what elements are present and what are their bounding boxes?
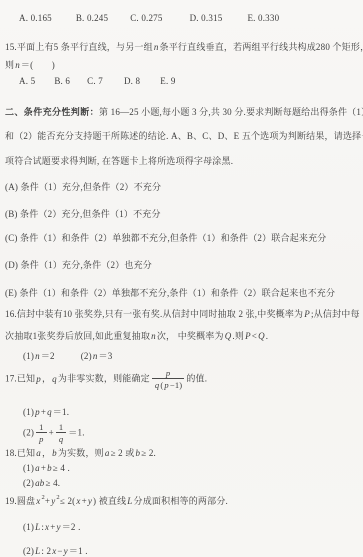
text-run: ≥ 4.	[46, 478, 61, 488]
spacing-gap	[222, 17, 247, 18]
math-variable: p	[165, 368, 171, 378]
text-run: ＝( )	[21, 60, 55, 70]
math-variable: q	[58, 434, 64, 444]
math-variable: p	[35, 374, 42, 384]
math-variable: b	[51, 448, 58, 458]
text-run: 的值.	[186, 374, 207, 384]
math-variable: a	[34, 463, 41, 473]
q17-condition2-line: (2)1p+1q＝1.	[23, 421, 358, 444]
text-run: 次， 中奖概率为	[157, 331, 224, 341]
choice-rule-C: (C) 条件（1）和条件（2）单独都不充分,但条件（1）和条件（2）联合起来充分	[5, 230, 358, 245]
text-run: 19.圆盘	[5, 496, 35, 506]
q15-stem-line1: 15.平面上有5 条平行直线，与另一组n条平行直线垂直，若两组平行线共构成280…	[5, 39, 358, 54]
math-variable: n	[153, 42, 160, 52]
text-run: ＝2	[41, 351, 55, 361]
text-run: (1)	[23, 522, 34, 532]
math-variable: q	[46, 407, 53, 417]
math-variable: P	[244, 331, 252, 341]
q17-condition1-line: (1)p+q＝1.	[23, 404, 358, 419]
text-run: 17.已知	[5, 374, 35, 384]
text-run: ≤ 2(	[60, 496, 76, 506]
q15-options-line: A. 5B. 6C. 7D. 8E. 9	[19, 73, 358, 88]
fraction-numerator: 1	[57, 421, 65, 432]
fraction-numerator: p	[163, 367, 173, 378]
text-run: B. 6	[54, 76, 70, 86]
text-run: 分成面积相等的两部分.	[134, 496, 228, 506]
q19-condition2-line: (2)L: 2x−y＝1 .	[23, 543, 358, 557]
text-run: 1	[59, 422, 63, 432]
text-run: (2)	[23, 546, 34, 556]
text-run: (C) 条件（1）和条件（2）单独都不充分,但条件（1）和条件（2）联合起来充分	[5, 233, 327, 243]
text-run: C. 7	[87, 76, 103, 86]
math-variable: n	[92, 351, 99, 361]
spacing-gap	[103, 80, 124, 81]
q18-condition2-line: (2)ab≥ 4.	[23, 475, 358, 490]
text-run: B. 0.245	[76, 13, 108, 23]
text-run: −	[57, 546, 62, 556]
text-run: 条平行直线垂直，若两组平行线共构成280 个矩形，	[160, 42, 363, 52]
spacing-gap	[140, 80, 160, 81]
math-variable: a	[104, 448, 111, 458]
q16-conditions-line: (1)n＝2(2)n＝3	[23, 348, 358, 363]
spacing-gap	[108, 17, 130, 18]
text-run: +	[50, 522, 55, 532]
text-run: ＝1.	[68, 428, 84, 438]
math-variable: p	[34, 407, 41, 417]
text-run: 项符合试题要求得判断, 在答题卡上将所选项得字母涂黑.	[5, 156, 233, 166]
text-run: (2)	[23, 428, 34, 438]
q15-stem-line2: 则n＝( )	[5, 57, 358, 72]
text-run: : 2	[41, 546, 51, 556]
text-run: (B) 条件（2）充分,但条件（1）不充分	[5, 208, 161, 218]
text-run: .	[266, 331, 268, 341]
math-variable: ab	[34, 478, 45, 488]
choice-rule-A: (A) 条件（1）充分,但条件（2）不充分	[5, 179, 358, 194]
section2-header-line: 二、条件充分性判断：第 16—25 小题,每小题 3 分,共 30 分.要求判断…	[5, 104, 358, 119]
section2-instructions-line3: 项符合试题要求得判断, 在答题卡上将所选项得字母涂黑.	[5, 153, 358, 168]
text-run: D. 8	[124, 76, 140, 86]
text-run: (2)	[81, 351, 92, 361]
choice-rule-D: (D) 条件（1）充分,条件（2）也充分	[5, 257, 358, 272]
q19-condition1-line: (1)L:x+y＝2 .	[23, 519, 358, 534]
text-run: 18.已知	[5, 448, 35, 458]
text-run: ;从信封中每	[311, 309, 360, 319]
text-run: 次抽取1张奖券后放回,如此重复抽取	[5, 331, 150, 341]
text-run: (1)	[23, 407, 34, 417]
math-variable: n	[14, 60, 21, 70]
fraction-numerator: 1	[37, 421, 45, 432]
spacing-gap	[52, 17, 76, 18]
text-run: 1	[39, 422, 43, 432]
text-run: ＝2 .	[62, 522, 81, 532]
q18-condition1-line: (1)a+b≥ 4 .	[23, 460, 358, 475]
text-run: 为非零实数，则能确定	[58, 374, 150, 384]
fraction-denominator: q(p−1)	[152, 378, 184, 390]
spacing-gap	[70, 80, 87, 81]
text-run: 15.平面上有5 条平行直线，与另一组	[5, 42, 153, 52]
text-run: A. 0.165	[19, 13, 52, 23]
math-variable: n	[150, 331, 157, 341]
choice-rule-E: (E) 条件（1）和条件（2）单独都不充分,条件（1）和条件（2）联合起来也不充…	[5, 285, 358, 300]
fraction-denominator: p	[36, 432, 46, 444]
text-run: E. 0.330	[247, 13, 279, 23]
text-run: ，	[42, 374, 51, 384]
bold-heading-text: 二、条件充分性判断：	[5, 107, 99, 117]
exam-document-page: A. 0.165B. 0.245C. 0.275D. 0.315E. 0.330…	[0, 0, 363, 557]
text-run: (E) 条件（1）和条件（2）单独都不充分,条件（1）和条件（2）联合起来也不充…	[5, 288, 335, 298]
math-fraction: 1p	[36, 421, 46, 444]
text-run: 为实数，则	[58, 448, 104, 458]
text-run: (A) 条件（1）充分,但条件（2）不充分	[5, 182, 161, 192]
q16-stem-line2: 次抽取1张奖券后放回,如此重复抽取n次， 中奖概率为Q.则P<Q.	[5, 328, 358, 343]
text-run: C. 0.275	[130, 13, 162, 23]
text-run: D. 0.315	[190, 13, 223, 23]
text-run: ，	[42, 448, 51, 458]
spacing-gap	[55, 356, 81, 357]
text-run: −1)	[170, 380, 182, 390]
text-run: A. 5	[19, 76, 35, 86]
math-variable: n	[34, 351, 41, 361]
text-run: (1)	[23, 463, 34, 473]
q18-stem-line: 18.已知a，b为实数，则a≥ 2 或b≥ 2.	[5, 445, 358, 460]
math-variable: Q	[257, 331, 266, 341]
text-run: ≥ 4 .	[53, 463, 70, 473]
text-run: ＝3	[99, 351, 113, 361]
math-variable: P	[303, 309, 311, 319]
text-run: ＝1 .	[69, 546, 88, 556]
text-run: E. 9	[160, 76, 175, 86]
math-variable: p	[38, 434, 44, 444]
math-variable: b	[46, 463, 53, 473]
math-fraction: pq(p−1)	[152, 367, 184, 390]
q19-stem-line: 19.圆盘x2+y2≤ 2(x+y) 被直线L分成面积相等的两部分.	[5, 493, 358, 508]
math-variable: q	[51, 374, 58, 384]
q16-stem-line1: 16.信封中装有10 张奖券,只有一张有奖.从信封中同时抽取 2 张,中奖概率为…	[5, 306, 358, 321]
math-variable: a	[35, 448, 42, 458]
text-run: 第 16—25 小题,每小题 3 分,共 30 分.要求判断每题给出得条件（1）	[99, 107, 363, 117]
text-run: 则	[5, 60, 14, 70]
text-run: .则	[232, 331, 244, 341]
text-run: ) 被直线	[93, 496, 126, 506]
spacing-gap	[163, 17, 190, 18]
section2-instructions-line2: 和（2）能否充分支持题干所陈述的结论. A、B、C、D、E 五个选项为判断结果，…	[5, 128, 358, 143]
text-run: +	[49, 428, 54, 438]
text-run: ≥ 2.	[141, 448, 156, 458]
spacing-gap	[35, 80, 54, 81]
text-run: 和（2）能否充分支持题干所陈述的结论. A、B、C、D、E 五个选项为判断结果，…	[5, 131, 363, 141]
q17-stem-line: 17.已知p，q为非零实数，则能确定pq(p−1)的值.	[5, 367, 358, 390]
math-fraction: 1q	[56, 421, 66, 444]
choice-rule-B: (B) 条件（2）充分,但条件（1）不充分	[5, 206, 358, 221]
text-run: 16.信封中装有10 张奖券,只有一张有奖.从信封中同时抽取 2 张,中奖概率为	[5, 309, 303, 319]
text-run: ＝1.	[53, 407, 69, 417]
text-run: (1)	[23, 351, 34, 361]
text-run: (D) 条件（1）充分,条件（2）也充分	[5, 260, 152, 270]
text-run: ≥ 2 或	[111, 448, 135, 458]
q14-options-line: A. 0.165B. 0.245C. 0.275D. 0.315E. 0.330	[19, 10, 358, 25]
math-variable: L	[126, 496, 133, 506]
fraction-denominator: q	[56, 432, 66, 444]
text-run: (2)	[23, 478, 34, 488]
